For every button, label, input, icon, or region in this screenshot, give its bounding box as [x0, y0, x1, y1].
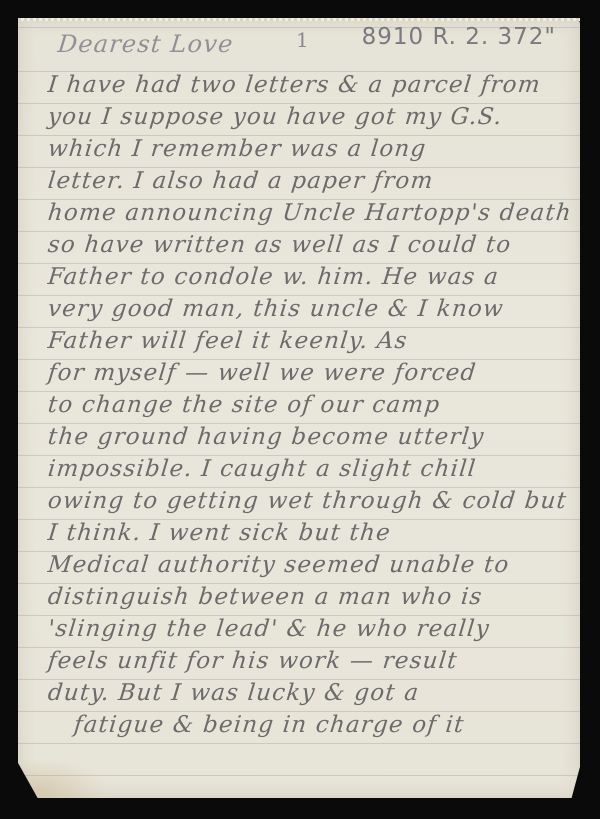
letter-line: Medical authority seemed unable to — [47, 552, 511, 578]
letter-line: you I suppose you have got my G.S. — [47, 104, 504, 130]
letter-line: home announcing Uncle Hartopp's death — [47, 200, 574, 226]
page-mark: 1 — [296, 28, 309, 52]
letter-page: Dearest Love 1 8910 R. 2. 372" I have ha… — [18, 18, 580, 798]
letter-line: for myself — well we were forced — [47, 360, 478, 386]
letter-line: to change the site of our camp — [47, 392, 442, 418]
letter-line: Father will feel it keenly. As — [47, 328, 409, 354]
paper-stain — [18, 758, 108, 798]
letter-line: owing to getting wet through & cold but — [47, 488, 569, 514]
salutation: Dearest Love — [57, 30, 236, 58]
letter-line: so have written as well as I could to — [47, 232, 513, 258]
letter-line: I have had two letters & a parcel from — [47, 72, 543, 98]
letter-line: distinguish between a man who is — [47, 584, 484, 610]
letter-line: letter. I also had a paper from — [47, 168, 435, 194]
letter-line: which I remember was a long — [47, 136, 428, 162]
letter-line: 'slinging the lead' & he who really — [47, 616, 492, 642]
letter-line: Father to condole w. him. He was a — [47, 264, 501, 290]
letter-line: fatigue & being in charge of it — [73, 712, 466, 738]
letter-line: impossible. I caught a slight chill — [47, 456, 478, 482]
reference-number: 8910 R. 2. 372" — [362, 24, 556, 50]
letter-line: very good man, this uncle & I know — [47, 296, 506, 322]
letter-line: duty. But I was lucky & got a — [47, 680, 421, 706]
letter-line: feels unfit for his work — result — [47, 648, 459, 674]
letter-line: the ground having become utterly — [47, 424, 486, 450]
letter-line: I think. I went sick but the — [47, 520, 393, 546]
